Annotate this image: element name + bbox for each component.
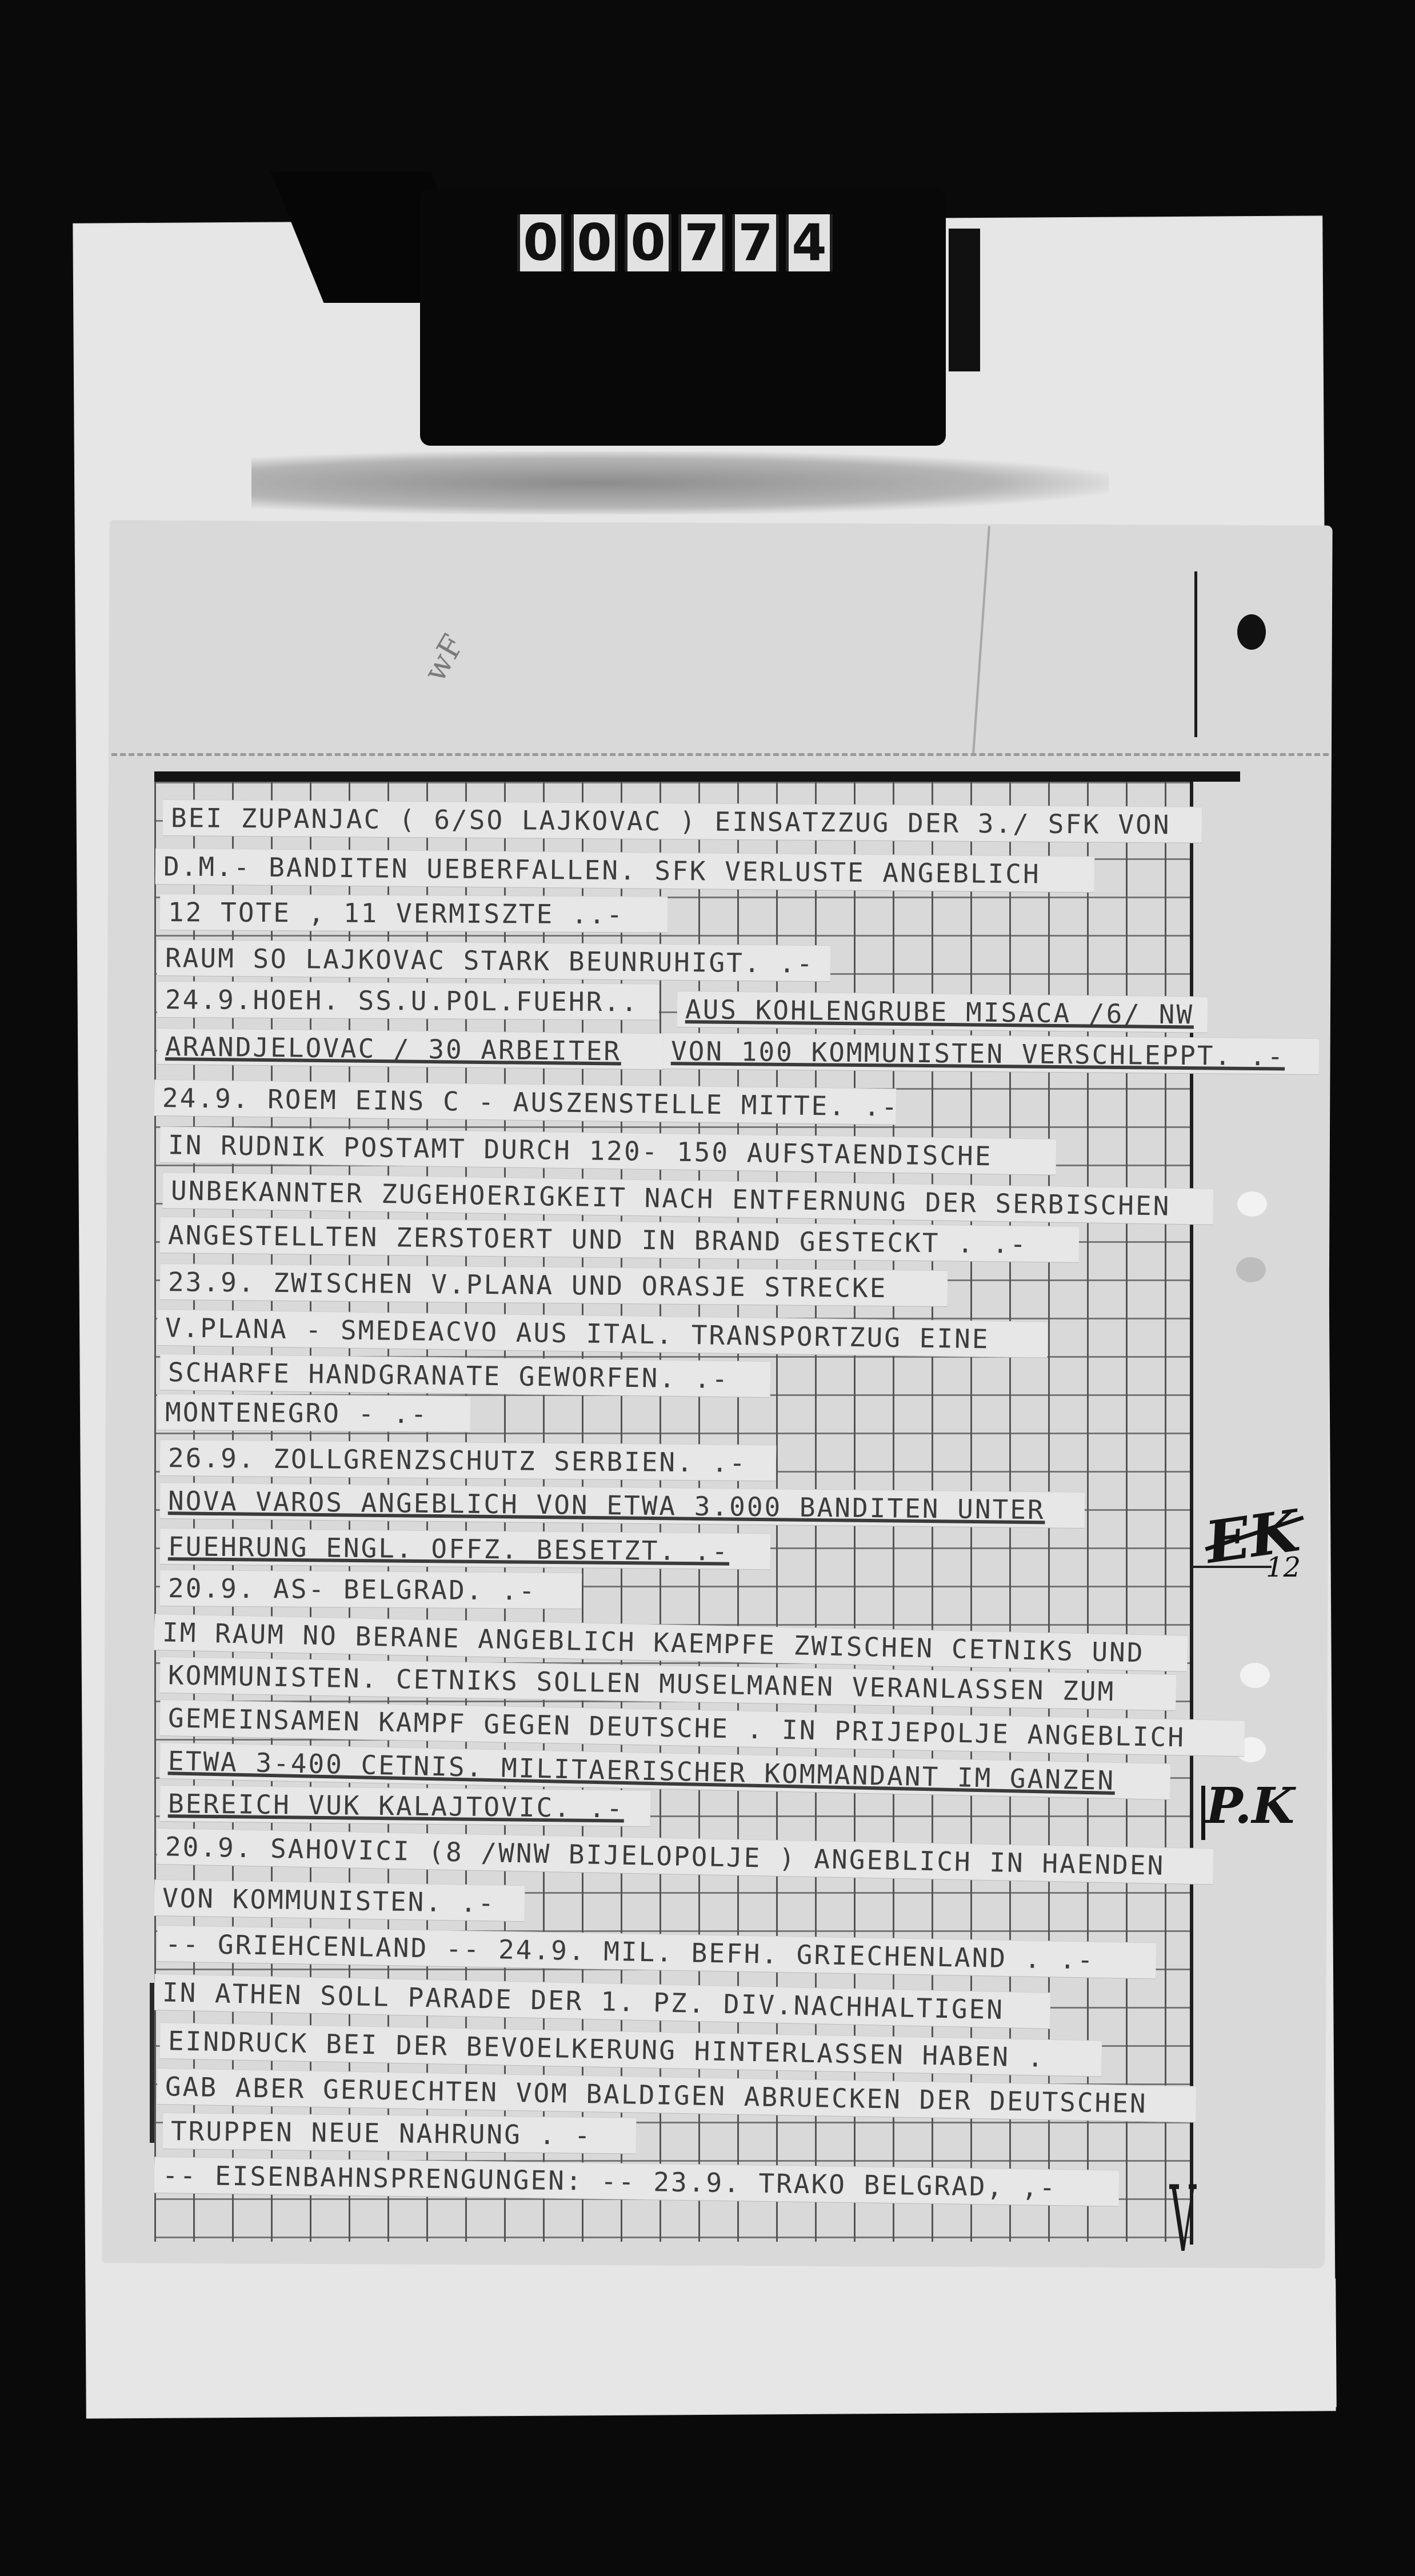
perforation-line <box>111 753 1329 756</box>
teletype-line: ARANDJELOVAC / 30 ARBEITER <box>157 1029 665 1069</box>
punch-hole <box>1236 1257 1266 1282</box>
teletype-line: TRUPPEN NEUE NAHRUNG . - <box>163 2113 637 2154</box>
teletype-line: MONTENEGRO - .- <box>157 1394 470 1432</box>
header-rule <box>154 771 1240 782</box>
counter-digit: 7 <box>732 214 779 271</box>
teletype-line: 24.9.HOEH. SS.U.POL.FUEHR.. <box>157 982 659 1020</box>
counter-shadow <box>251 451 1109 514</box>
margin-line <box>1194 571 1197 737</box>
counter-digit: 0 <box>571 214 618 271</box>
handwritten-initials: P.K <box>1206 1777 1294 1835</box>
teletype-line: VON KOMMUNISTEN. .- <box>154 1880 525 1921</box>
counter-digit: 4 <box>786 214 833 271</box>
margin-bracket <box>150 1983 154 2143</box>
teletype-line: BEI ZUPANJAC ( 6/SO LAJKOVAC ) EINSATZZU… <box>163 800 1202 843</box>
teletype-line: 12 TOTE , 11 VERMISZTE ..- <box>160 894 667 933</box>
check-mark: V <box>1170 2166 1196 2273</box>
frame-counter-side <box>949 229 980 371</box>
teletype-line: VON 100 KOMMUNISTEN VERSCHLEPPT. .- <box>663 1033 1319 1074</box>
counter-digit: 7 <box>678 214 725 271</box>
punch-hole <box>1237 1191 1267 1217</box>
teletype-line: AUS KOHLENGRUBE MISACA /6/ NW <box>677 991 1208 1033</box>
handwritten-underline <box>1192 1566 1272 1568</box>
handwritten-number: 12 <box>1266 1551 1301 1583</box>
punch-hole <box>1240 1663 1270 1688</box>
teletype-line: 20.9. AS- BELGRAD. .- <box>160 1570 582 1609</box>
handwritten-bar <box>1201 1786 1205 1840</box>
mounting-board-bottom <box>95 2278 1337 2415</box>
frame-counter-digits: 0 0 0 7 7 4 <box>517 214 833 277</box>
teletype-line: 23.9. ZWISCHEN V.PLANA UND ORASJE STRECK… <box>160 1264 948 1306</box>
teletype-line: SCHARFE HANDGRANATE GEWORFEN. .- <box>160 1354 771 1397</box>
punch-hole <box>1237 614 1266 650</box>
counter-digit: 0 <box>517 214 564 271</box>
teletype-line: 26.9. ZOLLGRENZSCHUTZ SERBIEN. .- <box>160 1440 777 1481</box>
teletype-line: FUEHRUNG ENGL. OFFZ. BESETZT. .- <box>160 1529 771 1569</box>
teletype-line: BEREICH VUK KALAJTOVIC. .- <box>160 1786 651 1826</box>
counter-digit: 0 <box>625 214 671 271</box>
teletype-line: RAUM SO LAJKOVAC STARK BEUNRUHIGT. .- <box>157 940 830 981</box>
